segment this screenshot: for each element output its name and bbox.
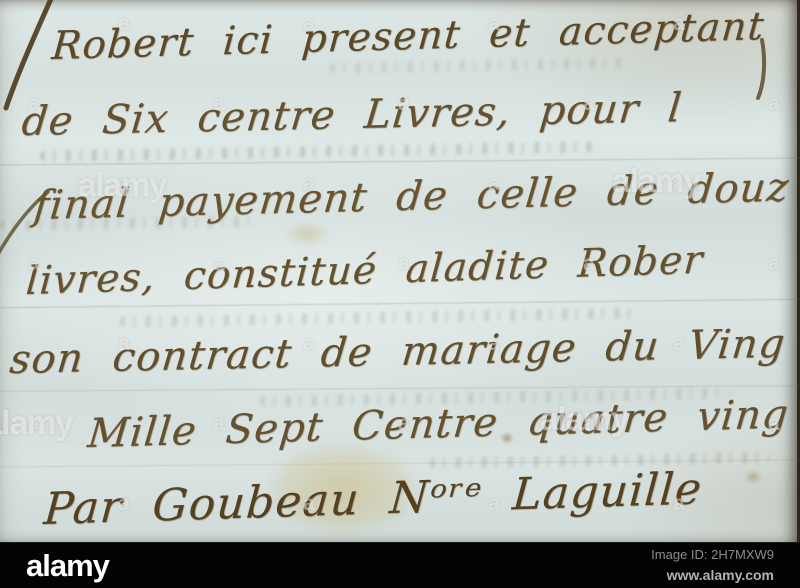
manuscript-photo: Robert ici present et acceptant de Six c…	[0, 0, 800, 542]
watermark-letter: a	[398, 92, 410, 116]
watermark-letter: a	[768, 92, 780, 116]
watermark-letter: a	[118, 12, 130, 36]
watermark-letter: a	[303, 492, 315, 516]
watermark-letter: a	[583, 92, 595, 116]
watermark-letter: a	[398, 252, 410, 276]
alamy-watermark: alamy	[78, 166, 167, 204]
alamy-url: www.alamy.com	[651, 565, 774, 585]
manuscript-line: Par Goubeau Nᵒʳᵉ Laguille	[42, 463, 704, 535]
watermark-letter: a	[398, 412, 410, 436]
watermark-letter: a	[213, 92, 225, 116]
ink-spot	[744, 470, 762, 484]
footer-info: Image ID: 2H7MXW9 www.alamy.com	[651, 546, 774, 585]
watermark-letter: a	[673, 332, 685, 356]
watermark-letter: a	[488, 492, 500, 516]
watermark-letter: a	[488, 172, 500, 196]
watermark-letter: a	[488, 332, 500, 356]
alamy-logo: alamy	[26, 550, 109, 581]
watermark-letter: a	[303, 172, 315, 196]
paper-stain	[284, 222, 330, 246]
watermark-letter: a	[583, 252, 595, 276]
stock-photo-frame: Robert ici present et acceptant de Six c…	[0, 0, 800, 588]
watermark-letter: a	[213, 412, 225, 436]
manuscript-line: Mille Sept Centre quatre ving	[86, 391, 791, 457]
bleed-through-text	[40, 141, 600, 162]
alamy-watermark: alamy	[0, 404, 73, 442]
watermark-letter: a	[28, 252, 40, 276]
watermark-letter: a	[303, 332, 315, 356]
watermark-letter: a	[768, 252, 780, 276]
alamy-footer-bar: alamy Image ID: 2H7MXW9 www.alamy.com	[0, 542, 800, 588]
manuscript-line: livres, constitué aladite Rober	[24, 238, 705, 304]
image-id-label: Image ID: 2H7MXW9	[651, 546, 774, 565]
watermark-letter: a	[118, 332, 130, 356]
manuscript-line: Robert ici present et acceptant	[50, 4, 766, 69]
watermark-letter: a	[673, 12, 685, 36]
watermark-letter: a	[673, 492, 685, 516]
alamy-watermark: alamy	[540, 400, 629, 438]
watermark-letter: a	[213, 252, 225, 276]
watermark-letter: a	[28, 92, 40, 116]
watermark-letter: a	[488, 12, 500, 36]
alamy-watermark: alamy	[612, 162, 701, 200]
watermark-letter: a	[768, 412, 780, 436]
watermark-letter: a	[118, 492, 130, 516]
watermark-letter: a	[303, 12, 315, 36]
